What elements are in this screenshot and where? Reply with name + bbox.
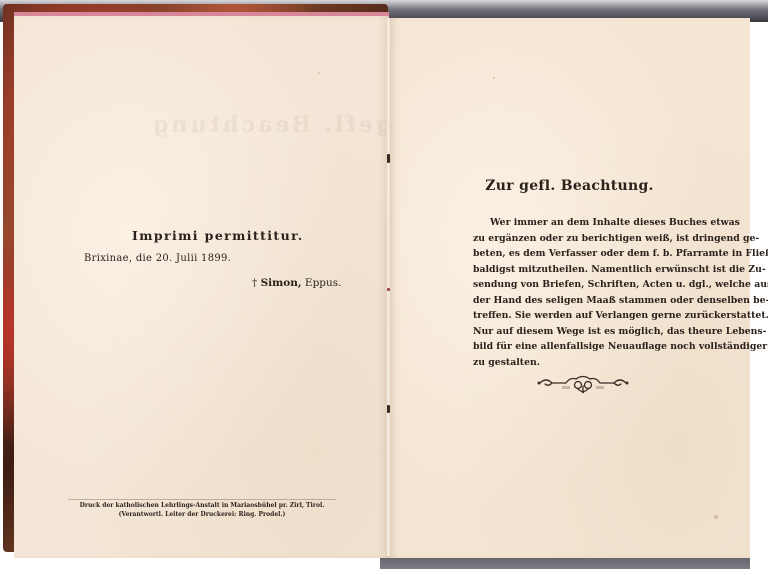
notice-line: baldigst mitzutheilen. Namentlich erwüns… (473, 262, 716, 278)
signer-title: Eppus. (305, 277, 342, 289)
binding-thread-mark (387, 405, 390, 413)
ornament-vignette-icon (536, 373, 630, 395)
paper-speck (493, 77, 495, 79)
imprimatur-title: Imprimi permittitur. (132, 228, 304, 243)
notice-line: bild für eine allenfallsige Neuauflage n… (473, 339, 716, 355)
paper-speck (318, 72, 320, 74)
notice-line: beten, es dem Verfasser oder dem f. b. P… (473, 246, 716, 262)
notice-body: Wer immer an dem Inhalte dieses Buches e… (473, 215, 716, 370)
notice-line: sendung von Briefen, Schriften, Acten u.… (473, 277, 716, 293)
cross-icon: † (252, 277, 257, 289)
book-scan: Zur gefl. Beachtung Imprimi permittitur.… (0, 0, 768, 575)
notice-line: zu ergänzen oder zu berichtigen weiß, is… (473, 231, 716, 247)
notice-line: treffen. Sie werden auf Verlangen gerne … (473, 308, 716, 324)
binding-thread-mark (387, 288, 390, 291)
notice-title: Zur gefl. Beachtung. (389, 178, 750, 194)
printer-divider (68, 499, 336, 500)
notice-line: Nur auf diesem Wege ist es möglich, das … (473, 324, 716, 340)
printer-note-line2: (Verantwortl. Leiter der Druckerei: Ring… (60, 510, 344, 519)
binding-thread-mark (387, 154, 390, 163)
printer-note: Druck der katholischen Lehrlings-Anstalt… (60, 501, 344, 519)
signer-name: Simon, (261, 277, 302, 289)
imprimatur-signature: † Simon, Eppus. (252, 277, 342, 289)
notice-line: zu gestalten. (473, 355, 716, 371)
book-gutter (386, 18, 391, 556)
imprimatur-place-date: Brixinae, die 20. Julii 1899. (84, 253, 231, 264)
notice-line: der Hand des seligen Maaß stammen oder d… (473, 293, 716, 309)
paper-speck (714, 515, 718, 519)
notice-line: Wer immer an dem Inhalte dieses Buches e… (473, 215, 716, 231)
printer-note-line1: Druck der katholischen Lehrlings-Anstalt… (60, 501, 344, 510)
